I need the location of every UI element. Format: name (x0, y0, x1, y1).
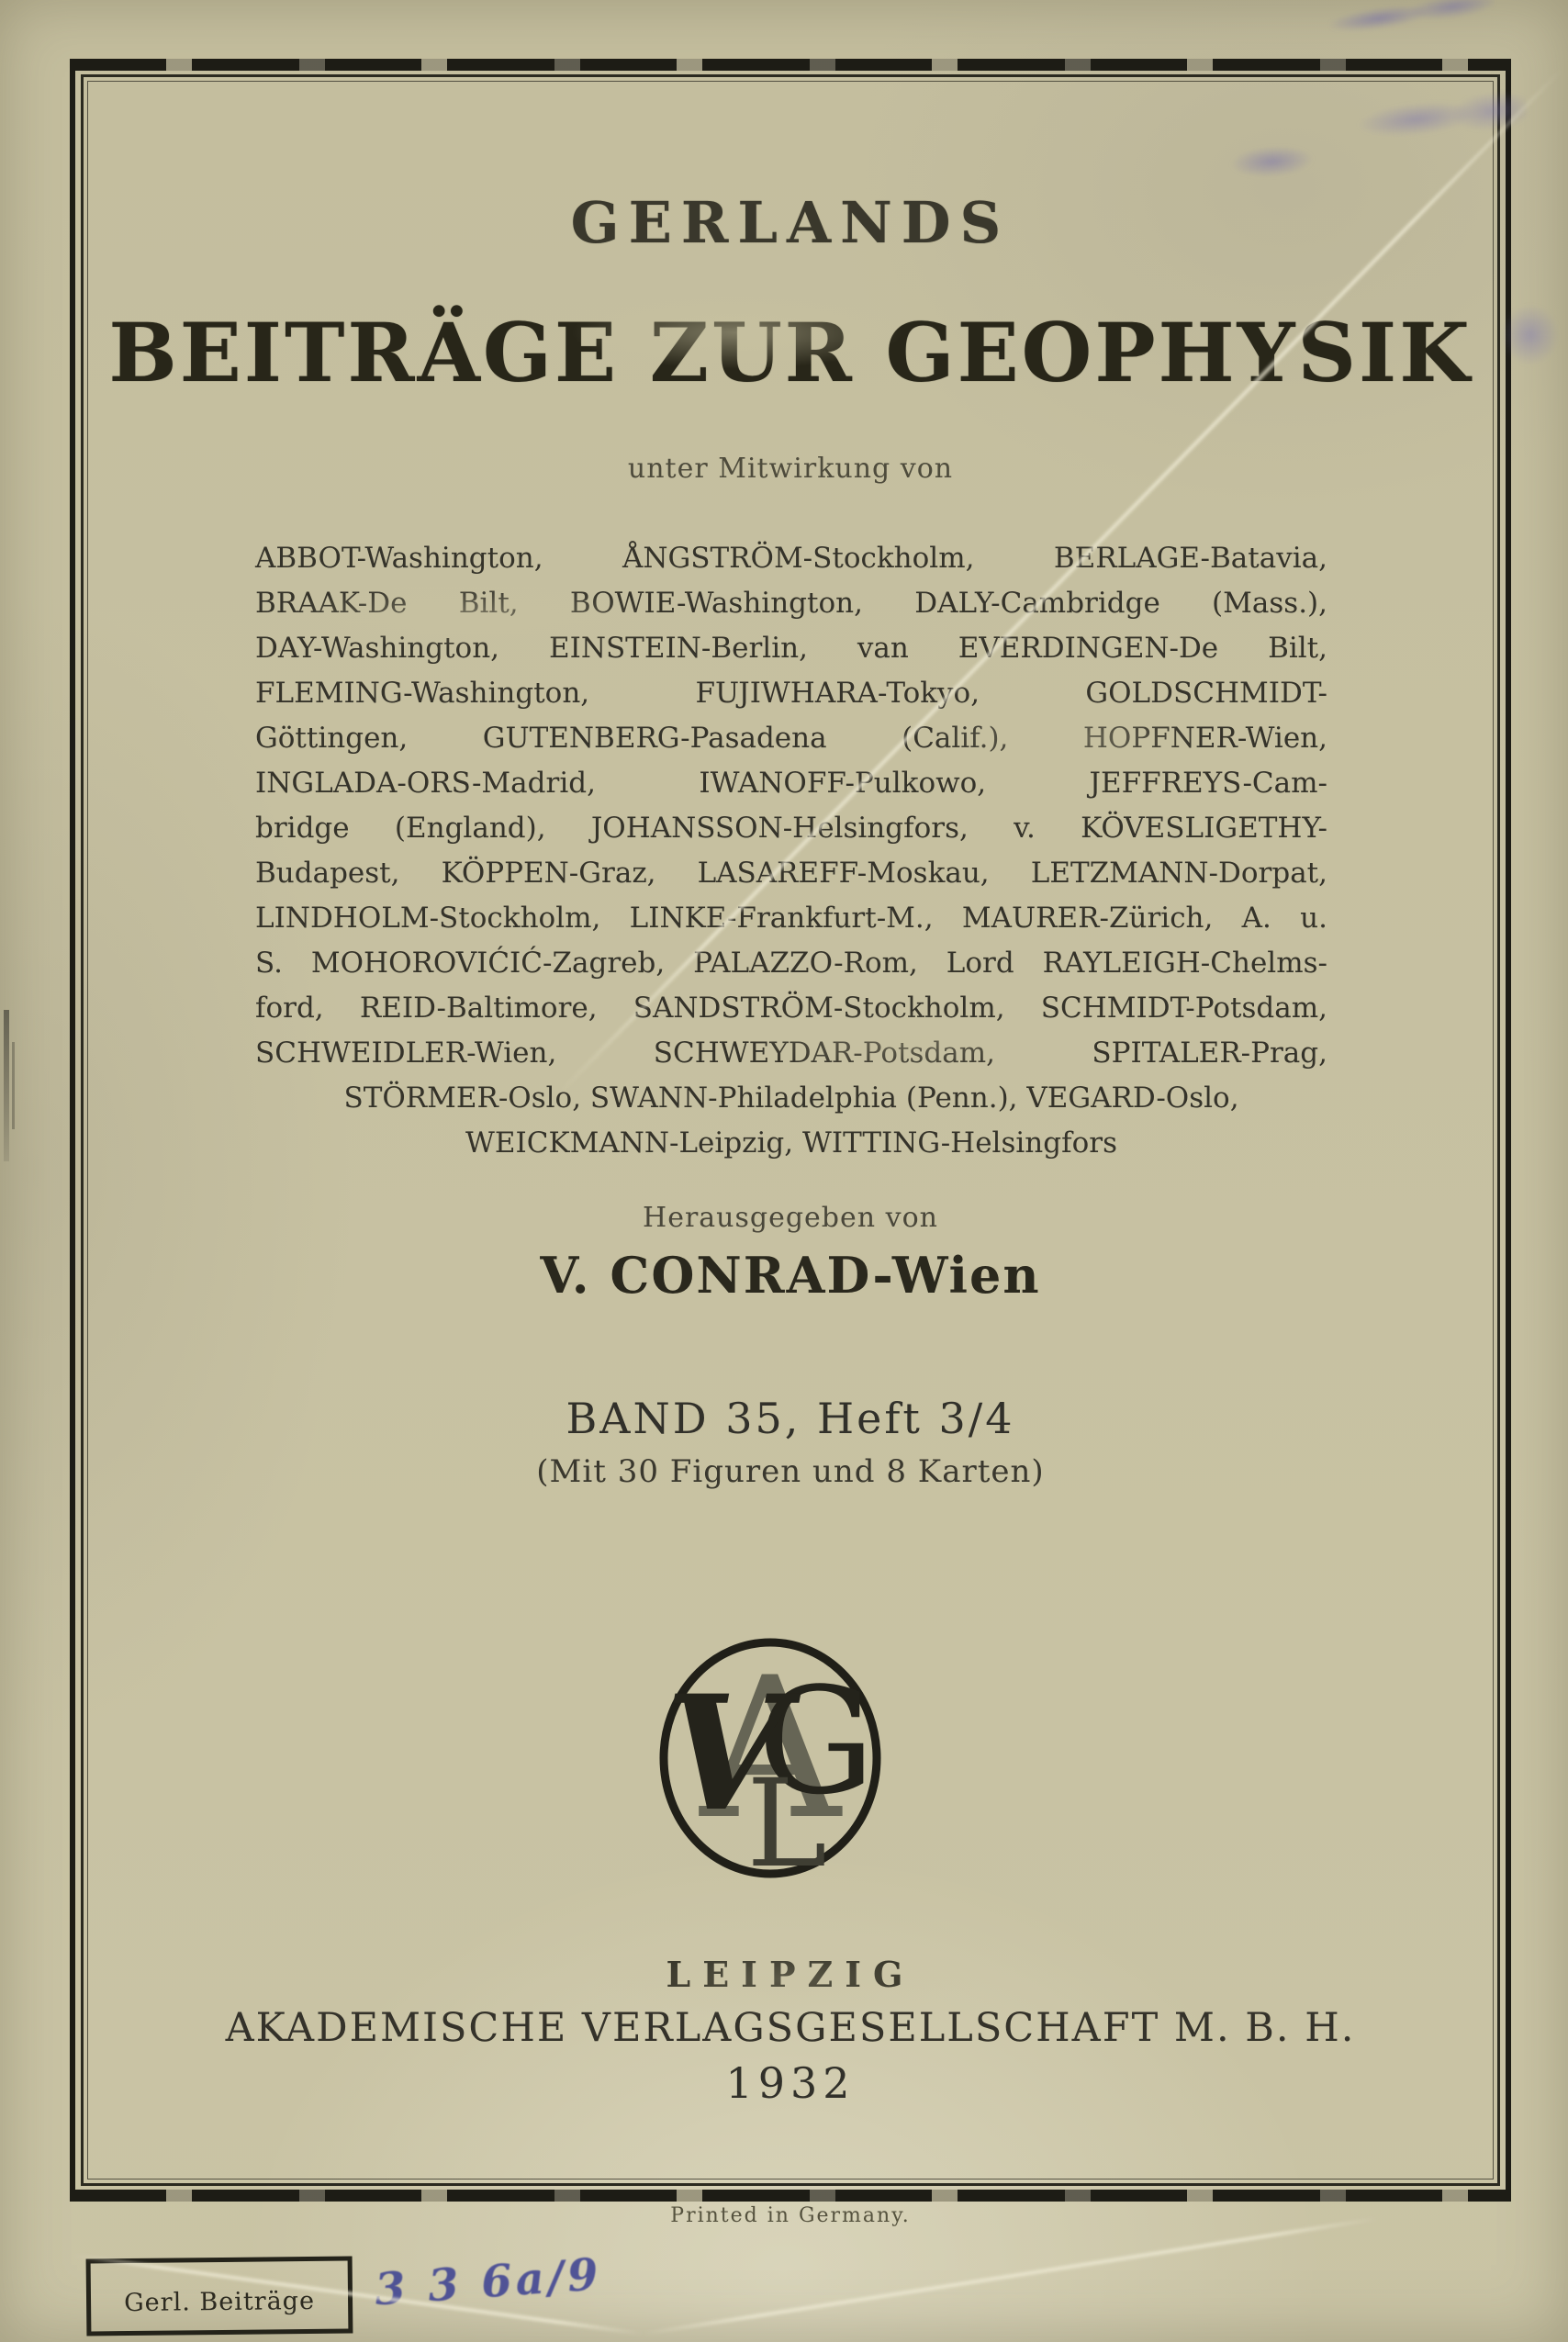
library-stamp-box: Gerl. Beiträge (86, 2256, 353, 2336)
contributor-line: ford, REID-Baltimore, SANDSTRÖM-Stockhol… (255, 986, 1327, 1031)
journal-title-line1: GERLANDS (70, 195, 1511, 252)
volume-issue-line: BAND 35, Heft 3/4 (70, 1397, 1511, 1440)
contributor-line: FLEMING-Washington, FUJIWHARA-Tokyo, GOL… (255, 671, 1327, 716)
title-page-content: GERLANDS BEITRÄGE ZUR GEOPHYSIK unter Mi… (70, 59, 1511, 2202)
page-edge-mark (12, 1042, 15, 1129)
edited-by-label: Herausgegeben von (70, 1205, 1511, 1232)
collaboration-note: unter Mitwirkung von (70, 455, 1511, 483)
contributor-line: bridge (England), JOHANSSON-Helsingfors,… (255, 806, 1327, 851)
publication-year: 1932 (70, 2062, 1511, 2104)
publisher-monogram-logo-icon: A G V L (653, 1634, 888, 1882)
publisher-name: AKADEMISCHE VERLAGSGESELLSCHAFT M. B. H. (70, 2009, 1511, 2048)
publisher-city: LEIPZIG (70, 1957, 1511, 1992)
contributor-line: Göttingen, GUTENBERG-Pasadena (Calif.), … (255, 716, 1327, 761)
ink-smudge (1328, 0, 1495, 39)
figures-note: (Mit 30 Figuren und 8 Karten) (70, 1456, 1511, 1487)
handwritten-shelf-mark: 3 3 6a/9 (373, 2248, 603, 2315)
scanned-title-page: GERLANDS BEITRÄGE ZUR GEOPHYSIK unter Mi… (0, 0, 1568, 2342)
contributor-line: LINDHOLM-Stockholm, LINKE-Frankfurt-M., … (255, 896, 1327, 941)
journal-title-line2: BEITRÄGE ZUR GEOPHYSIK (70, 312, 1511, 393)
contributor-line: S. MOHOROVIĆIĆ-Zagreb, PALAZZO-Rom, Lord… (255, 941, 1327, 986)
contributor-line: WEICKMANN-Leipzig, WITTING-Helsingfors (255, 1121, 1327, 1166)
editor-name: V. CONRAD-Wien (70, 1250, 1511, 1300)
printed-in-germany-note: Printed in Germany. (70, 2204, 1511, 2227)
contributor-line: BRAAK-De Bilt, BOWIE-Washington, DALY-Ca… (255, 581, 1327, 626)
page-edge-mark (4, 1010, 9, 1161)
paper-crease-line (643, 2217, 1378, 2336)
contributor-list: ABBOT-Washington, ÅNGSTRÖM-Stockholm, BE… (255, 536, 1327, 1166)
logo-letter-l: L (746, 1754, 827, 1882)
contributor-line: STÖRMER-Oslo, SWANN-Philadelphia (Penn.)… (255, 1076, 1327, 1121)
contributor-line: SCHWEIDLER-Wien, SCHWEYDAR-Potsdam, SPIT… (255, 1031, 1327, 1076)
library-stamp-label: Gerl. Beiträge (124, 2286, 315, 2316)
contributor-line: INGLADA-ORS-Madrid, IWANOFF-Pulkowo, JEF… (255, 761, 1327, 806)
contributor-line: Budapest, KÖPPEN-Graz, LASAREFF-Moskau, … (255, 851, 1327, 896)
contributor-line: DAY-Washington, EINSTEIN-Berlin, van EVE… (255, 626, 1327, 671)
contributor-line: ABBOT-Washington, ÅNGSTRÖM-Stockholm, BE… (255, 536, 1327, 581)
